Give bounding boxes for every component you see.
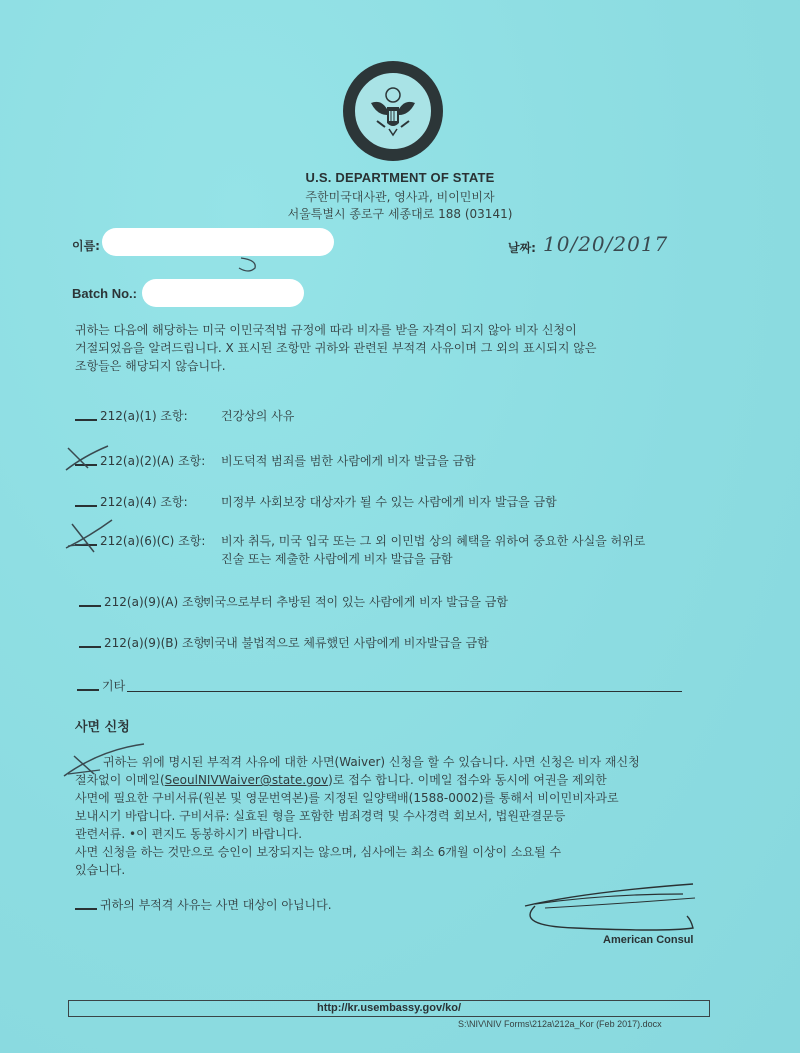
checkbox-blank[interactable] [79, 646, 101, 648]
intro-line-3: 조항들은 해당되지 않습니다. [75, 357, 715, 375]
intro-line-2: 거절되었음을 알려드립니다. X 표시된 조항만 귀하와 관련된 부적격 사유이… [75, 339, 715, 357]
x-mark-icon [62, 516, 118, 556]
waiver-line-6: 사면 신청을 하는 것만으로 승인이 보장되지는 않으며, 심사에는 최소 6개… [75, 843, 735, 861]
waiver-line-4: 보내시기 바랍니다. 구비서류: 실효된 형을 포함한 범죄경력 및 수사경력 … [75, 807, 735, 825]
checkbox-blank[interactable] [79, 605, 101, 607]
waiver-line-1: 귀하는 위에 명시된 부적격 사유에 대한 사면(Waiver) 신청을 할 수… [75, 753, 735, 771]
embassy-address: 서울특별시 종로구 세종대로 188 (03141) [0, 205, 800, 222]
consul-signature [515, 882, 705, 938]
checkbox-blank[interactable] [75, 505, 97, 507]
embassy-url-link[interactable]: http://kr.usembassy.gov/ko/ [317, 1002, 461, 1014]
waiver-paragraph: 귀하는 위에 명시된 부적격 사유에 대한 사면(Waiver) 신청을 할 수… [75, 753, 735, 879]
checkbox-blank[interactable] [75, 908, 97, 910]
signature-title: American Consul [603, 934, 693, 946]
waiver-line-3: 사면에 필요한 구비서류(원본 및 영문번역본)를 지정된 일양택배(1588-… [75, 789, 735, 807]
date-label: 날짜: [508, 239, 536, 256]
handwriting-mark [235, 256, 265, 276]
name-label: 이름: [72, 237, 100, 254]
department-of-state-seal [343, 61, 443, 161]
checkbox-blank[interactable] [75, 419, 97, 421]
batch-redaction [142, 279, 304, 307]
waiver-not-eligible: 귀하의 부적격 사유는 사면 대상이 아닙니다. [75, 896, 332, 913]
name-redaction [102, 228, 334, 256]
eagle-icon [363, 81, 423, 141]
date-value: 10/20/2017 [543, 232, 668, 256]
checkbox-blank[interactable] [77, 689, 99, 691]
agency-title: U.S. DEPARTMENT OF STATE [0, 170, 800, 185]
section-212a9a: 212(a)(9)(A) 조항: 미국으로부터 추방된 적이 있는 사람에게 비… [79, 593, 209, 610]
waiver-line-7: 있습니다. [75, 861, 735, 879]
footer-url-box: http://kr.usembassy.gov/ko/ [68, 1000, 710, 1017]
file-path: S:\NIV\NIV Forms\212a\212a_Kor (Feb 2017… [458, 1019, 662, 1029]
x-mark-icon [62, 440, 112, 474]
waiver-email-link[interactable]: SeoulNIVWaiver@state.gov [165, 773, 328, 787]
section-212a1: 212(a)(1) 조항: 건강상의 사유 [75, 407, 188, 424]
intro-line-1: 귀하는 다음에 해당하는 미국 이민국적법 규정에 따라 비자를 받을 자격이 … [75, 321, 715, 339]
other-label: 기타 [102, 679, 125, 693]
waiver-line-2: 절차없이 이메일(SeoulNIVWaiver@state.gov)로 접수 합… [75, 771, 735, 789]
x-mark-icon [60, 740, 150, 780]
section-other: 기타 [77, 677, 682, 694]
section-212a4: 212(a)(4) 조항: 미정부 사회보장 대상자가 될 수 있는 사람에게 … [75, 493, 188, 510]
other-field[interactable] [127, 691, 682, 692]
intro-paragraph: 귀하는 다음에 해당하는 미국 이민국적법 규정에 따라 비자를 받을 자격이 … [75, 321, 715, 375]
section-212a9b: 212(a)(9)(B) 조항: 미국내 불법적으로 체류했던 사람에게 비자발… [79, 634, 209, 651]
embassy-subtitle: 주한미국대사관, 영사과, 비이민비자 [0, 188, 800, 205]
batch-label: Batch No.: [72, 286, 137, 301]
waiver-section-title: 사면 신청 [75, 716, 130, 735]
waiver-line-5: 관련서류. •이 편지도 동봉하시기 바랍니다. [75, 825, 735, 843]
